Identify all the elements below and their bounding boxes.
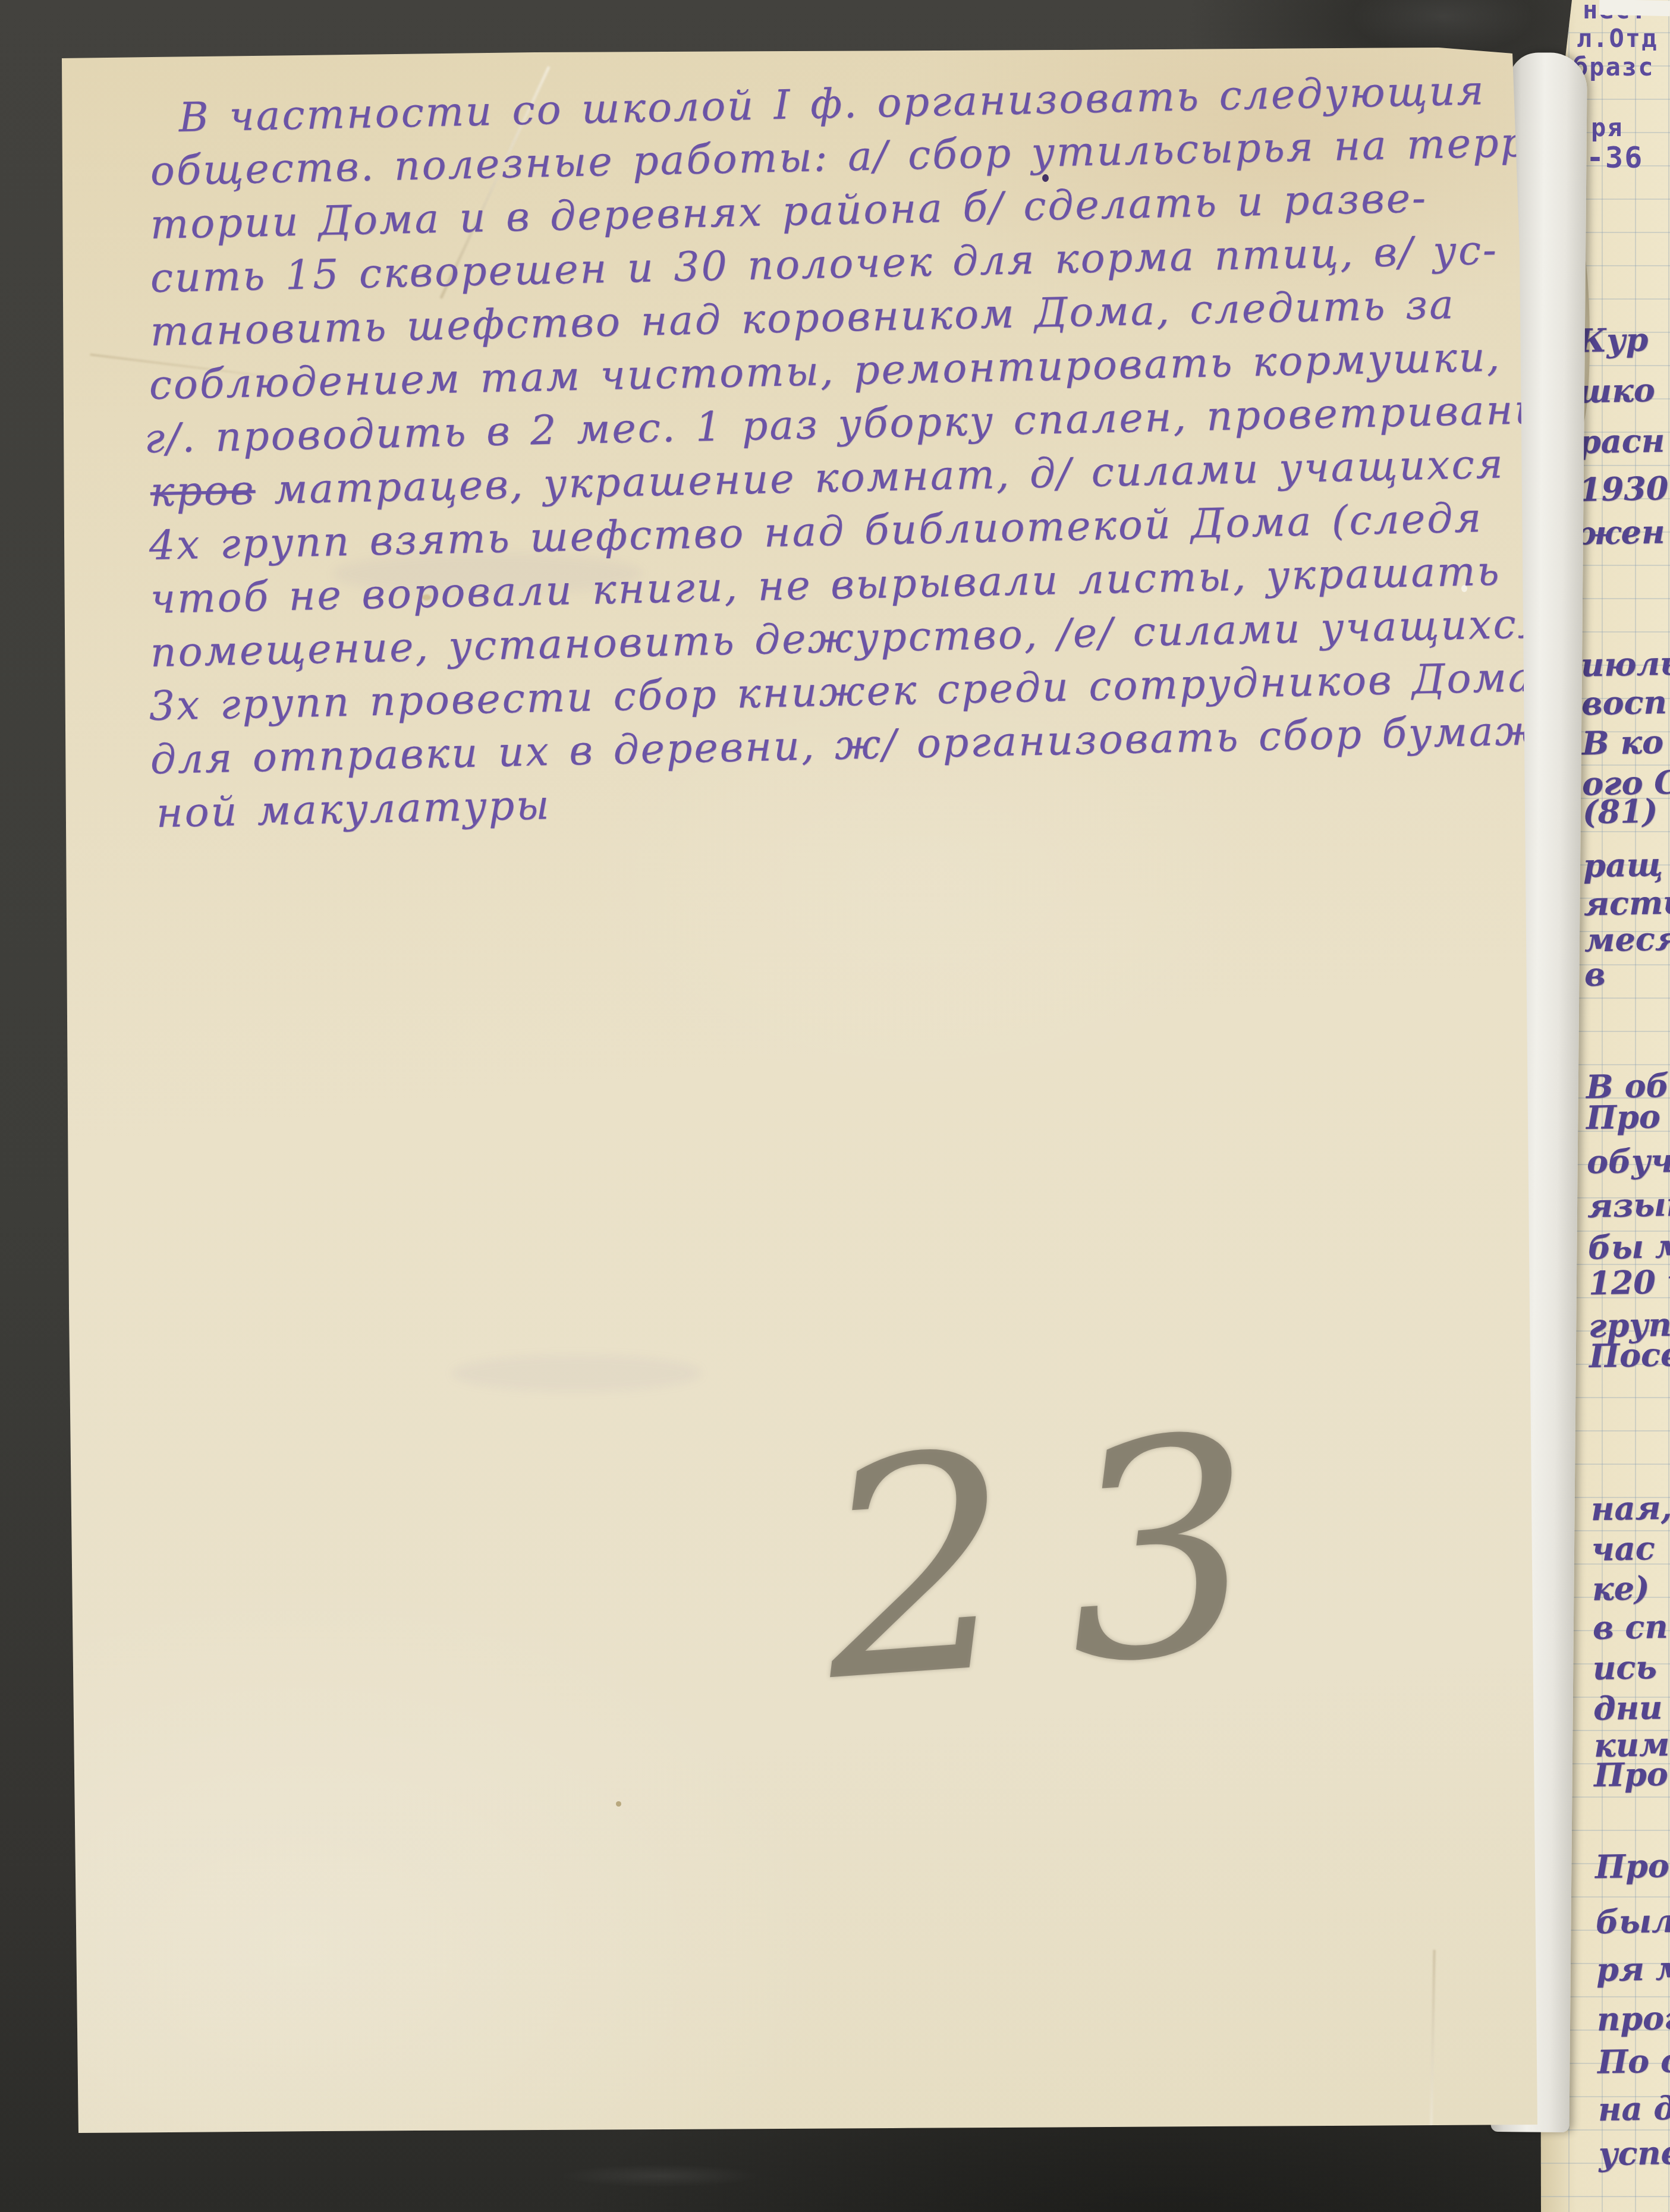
typed-text-fragment: л.Отд bbox=[1577, 26, 1658, 51]
handwriting-fragment: Кур bbox=[1577, 323, 1649, 357]
handwriting-fragment: ке) bbox=[1592, 1572, 1650, 1605]
handwriting-fragment: в сп bbox=[1593, 1610, 1668, 1644]
handwritten-line: ной макулатуры bbox=[156, 784, 551, 836]
struck-word: кров bbox=[150, 467, 256, 516]
main-page: В частности со школой I ф. организовать … bbox=[0, 0, 1670, 2212]
handwriting-fragment: час bbox=[1592, 1532, 1655, 1565]
handwriting-fragment: ная, bbox=[1591, 1492, 1670, 1525]
handwriting-fragment: расн bbox=[1578, 424, 1665, 458]
typed-text-fragment: -36 bbox=[1586, 143, 1643, 172]
handwriting-fragment: (81) bbox=[1583, 795, 1658, 828]
handwriting-fragment: шко bbox=[1578, 374, 1656, 407]
handwriting-fragment: По сл bbox=[1597, 2044, 1670, 2078]
handwriting-fragment: ись bbox=[1593, 1651, 1658, 1684]
handwriting-fragment: был bbox=[1596, 1905, 1670, 1938]
handwriting-fragment: дни bbox=[1593, 1691, 1663, 1725]
handwriting-fragment: Про bbox=[1586, 1100, 1661, 1134]
handwriting-fragment: на д bbox=[1598, 2092, 1670, 2125]
handwriting-fragment: в bbox=[1584, 958, 1606, 991]
handwriting-fragment: прогр bbox=[1597, 2001, 1670, 2035]
archival-scan: В частности со школой I ф. организовать … bbox=[0, 0, 1670, 2212]
background-scratch bbox=[535, 2158, 785, 2194]
handwriting-fragment: ращ bbox=[1583, 848, 1663, 882]
handwriting-fragment: В ко bbox=[1582, 726, 1664, 759]
handwriting-fragment: 1930 г bbox=[1579, 471, 1670, 505]
typed-text-fragment: ря bbox=[1591, 115, 1624, 140]
handwriting-fragment: меся bbox=[1584, 923, 1670, 956]
handwriting-fragment: бы мн bbox=[1588, 1229, 1670, 1264]
handwriting-fragment: обуче bbox=[1587, 1144, 1670, 1178]
paper-fleck bbox=[616, 1801, 621, 1807]
handwriting-fragment: успе bbox=[1599, 2137, 1670, 2170]
typed-text-fragment: бразс bbox=[1573, 55, 1654, 80]
handwriting-fragment: язык bbox=[1587, 1188, 1670, 1222]
handwriting-fragment: ря м bbox=[1596, 1952, 1670, 1986]
paper-crease bbox=[1430, 1950, 1435, 2128]
handwriting-fragment: июль bbox=[1581, 647, 1670, 681]
pencil-page-number: 23 bbox=[814, 1392, 1319, 1723]
handwriting-fragment: 120 ч bbox=[1589, 1266, 1670, 1299]
handwriting-fragment: Про bbox=[1594, 1758, 1669, 1791]
handwriting-fragment: жен я bbox=[1579, 515, 1670, 549]
page-edge-strip-top bbox=[1599, 0, 1670, 16]
ink-ghost-smudge bbox=[452, 1355, 702, 1391]
handwriting-fragment: восп bbox=[1581, 686, 1668, 719]
handwriting-fragment: Посещ bbox=[1589, 1338, 1670, 1372]
handwriting-fragment: ясть bbox=[1584, 886, 1670, 920]
handwriting-fragment: Прог bbox=[1595, 1849, 1670, 1883]
